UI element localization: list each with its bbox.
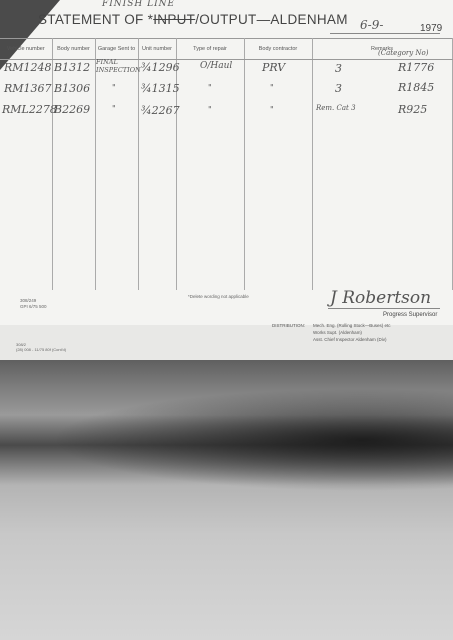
output-table: Vehicle number Body number Garage Sent t… [0, 38, 453, 290]
signature-label: Progress Supervisor [383, 312, 437, 318]
col-body-number: Body number [52, 39, 95, 60]
col-body-contractor: Body contractor [244, 39, 312, 60]
col-sent-to: Garage Sent to [95, 39, 138, 60]
col-vehicle-number: Vehicle number [0, 39, 52, 60]
form-title: STATEMENT OF *INPUT/OUTPUT—ALDENHAM [38, 12, 348, 27]
date-underline [330, 33, 440, 34]
signature-line [328, 308, 440, 309]
handwritten-heading: FINISH LINE [102, 0, 175, 9]
footnote: *Delete wording not applicable [188, 294, 249, 299]
col-unit-number: Unit number [138, 39, 176, 60]
form2-number: 308/2(28) 008 - 11/75 80f (Cont'd) [16, 342, 66, 352]
remarks-category-note: (Category No) [378, 49, 429, 57]
signature: J Robertson [330, 288, 431, 308]
distribution-label: DISTRIBUTION: [272, 322, 305, 329]
background-shadow [0, 380, 453, 500]
form-sheet: STATEMENT OF *INPUT/OUTPUT—ALDENHAM FINI… [0, 0, 453, 325]
form-number: 308/249GPI 6/75 500 [20, 298, 47, 310]
distribution-list: Mech. Eng. (Rolling Stock—Buses) etc Wor… [313, 322, 391, 343]
date-day-month: 6-9- [360, 18, 383, 32]
col-type-of-repair: Type of repair [176, 39, 244, 60]
